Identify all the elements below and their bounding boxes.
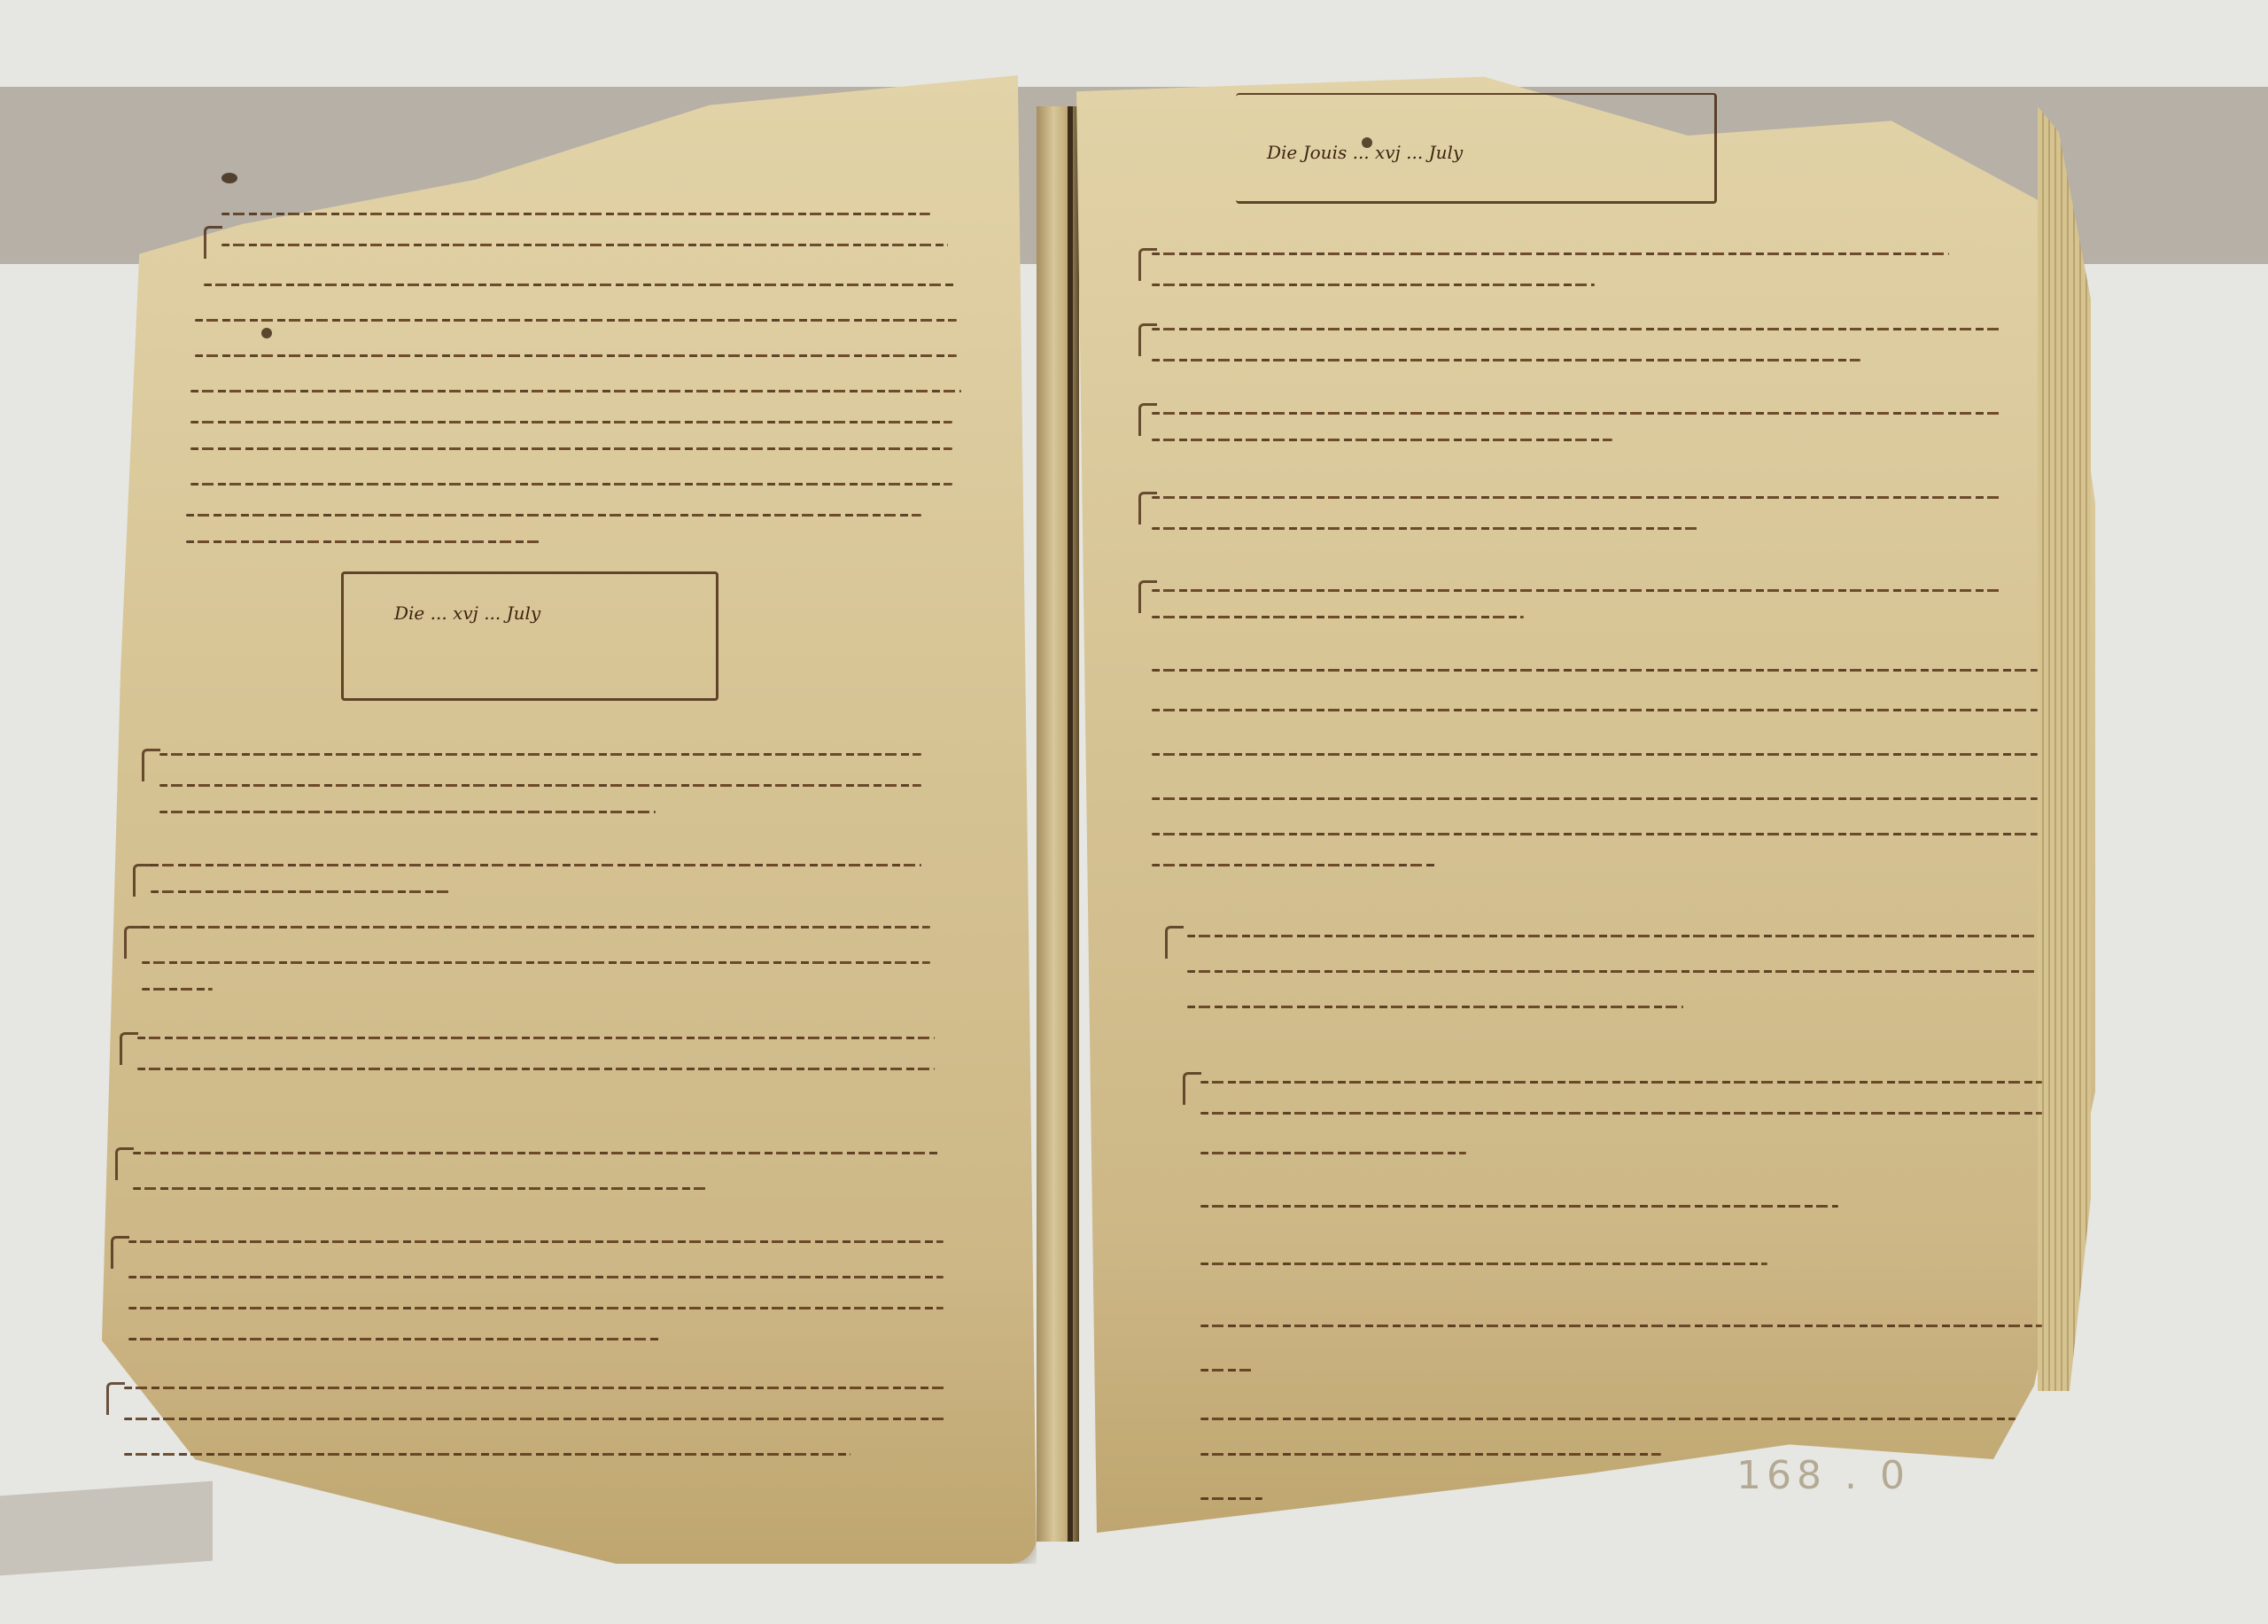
worm-hole <box>261 328 272 338</box>
left-manuscript-page <box>102 75 1037 1564</box>
worm-hole <box>221 173 237 183</box>
spine-gutter <box>1068 106 1073 1542</box>
page-edges <box>2038 106 2091 1391</box>
worm-hole <box>1362 137 1372 148</box>
grey-backing-board-lower <box>0 1481 213 1576</box>
pencil-folio-number: 168 . 0 <box>1736 1453 1910 1498</box>
left-boxed-heading: Die ... xvj ... July <box>394 602 540 624</box>
